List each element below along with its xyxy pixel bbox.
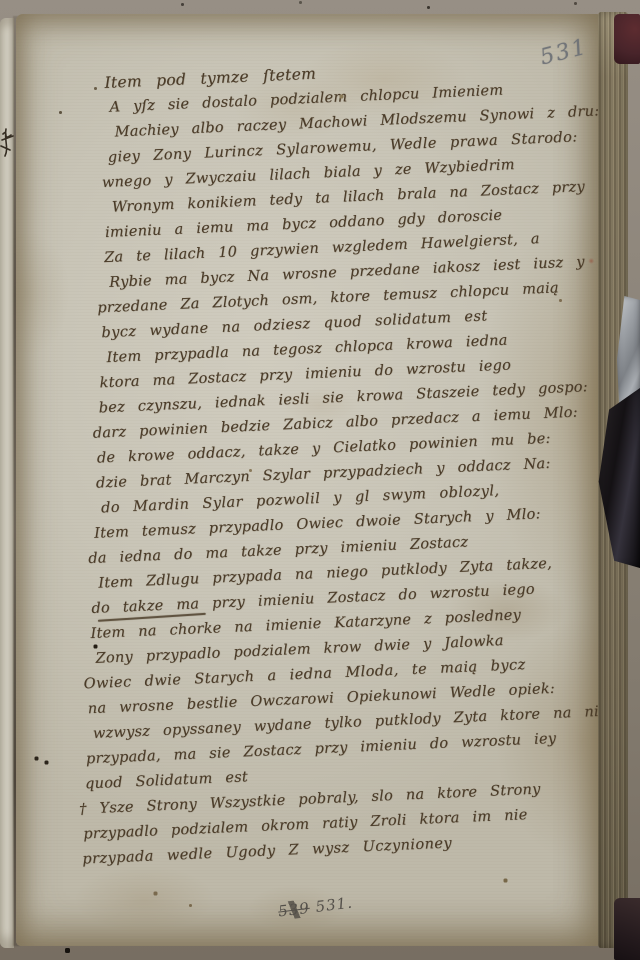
- photo-backdrop: 531 Item pod tymze ſtetem A yſz sie dost…: [0, 0, 640, 960]
- manuscript-lines: A yſz sie dostalo podzialem chlopcu Imie…: [57, 75, 600, 872]
- book-cover-corner-bottom: [614, 898, 640, 960]
- handwritten-text-block: Item pod tymze ſtetem A yſz sie dostalo …: [56, 49, 600, 872]
- pencil-folio-bottom: 539531.: [277, 893, 354, 920]
- crossed-number: 539: [277, 899, 311, 921]
- manuscript-page: 531 Item pod tymze ſtetem A yſz sie dost…: [16, 14, 600, 946]
- bottom-page-number: 531.: [315, 893, 354, 915]
- dust-specks: [0, 0, 1, 1]
- book-cover-corner-top: [614, 14, 640, 64]
